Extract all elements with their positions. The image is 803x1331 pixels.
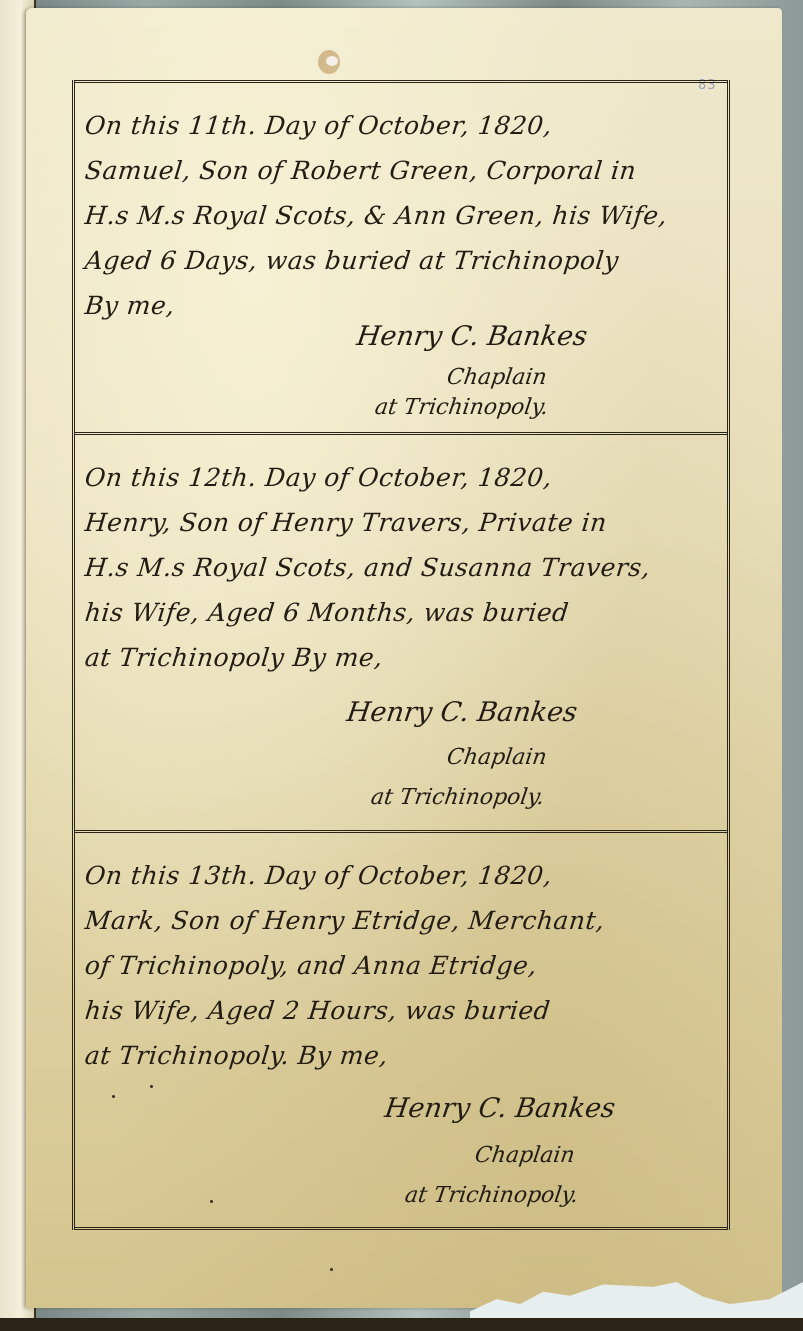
paper-speck — [112, 1095, 115, 1098]
signature-name: Henry C. Bankes — [355, 321, 589, 352]
burial-entry: On this 11th. Day of October, 1820, Samu… — [75, 80, 727, 432]
entry-line: On this 11th. Day of October, 1820, — [83, 103, 720, 148]
signature-title: Chaplain — [473, 1143, 576, 1168]
signature-title: Chaplain — [445, 365, 548, 390]
entry-line: Mark, Son of Henry Etridge, Merchant, — [83, 898, 720, 943]
signature-place: at Trichinopoly. — [373, 395, 549, 420]
entry-line: On this 13th. Day of October, 1820, — [83, 853, 720, 898]
paper-speck — [210, 1200, 213, 1203]
burial-entry: On this 13th. Day of October, 1820, Mark… — [75, 830, 727, 1230]
entry-line: of Trichinopoly, and Anna Etridge, — [83, 943, 720, 988]
signature-place: at Trichinopoly. — [369, 785, 545, 810]
entry-line: Aged 6 Days, was buried at Trichinopoly — [83, 238, 720, 283]
paper-speck — [150, 1085, 153, 1088]
signature-title: Chaplain — [445, 745, 548, 770]
entry-line: his Wife, Aged 2 Hours, was buried — [83, 988, 720, 1033]
entry-line: Samuel, Son of Robert Green, Corporal in — [83, 148, 720, 193]
entry-line: his Wife, Aged 6 Months, was buried — [83, 590, 720, 635]
entry-line: Henry, Son of Henry Travers, Private in — [83, 500, 720, 545]
signature-place: at Trichinopoly. — [403, 1183, 579, 1208]
burial-entry: On this 12th. Day of October, 1820, Henr… — [75, 432, 727, 830]
signature-name: Henry C. Bankes — [345, 697, 579, 728]
entry-line: at Trichinopoly By me, — [83, 635, 720, 680]
entry-line: at Trichinopoly. By me, — [83, 1033, 720, 1078]
signature-name: Henry C. Bankes — [383, 1093, 617, 1124]
paper-stain — [326, 56, 338, 66]
register-frame: On this 11th. Day of October, 1820, Samu… — [72, 80, 730, 1230]
paper-speck — [330, 1268, 333, 1271]
entry-line: H.s M.s Royal Scots, and Susanna Travers… — [83, 545, 720, 590]
entry-line: H.s M.s Royal Scots, & Ann Green, his Wi… — [83, 193, 720, 238]
entry-line: On this 12th. Day of October, 1820, — [83, 455, 720, 500]
bottom-edge — [0, 1318, 803, 1331]
